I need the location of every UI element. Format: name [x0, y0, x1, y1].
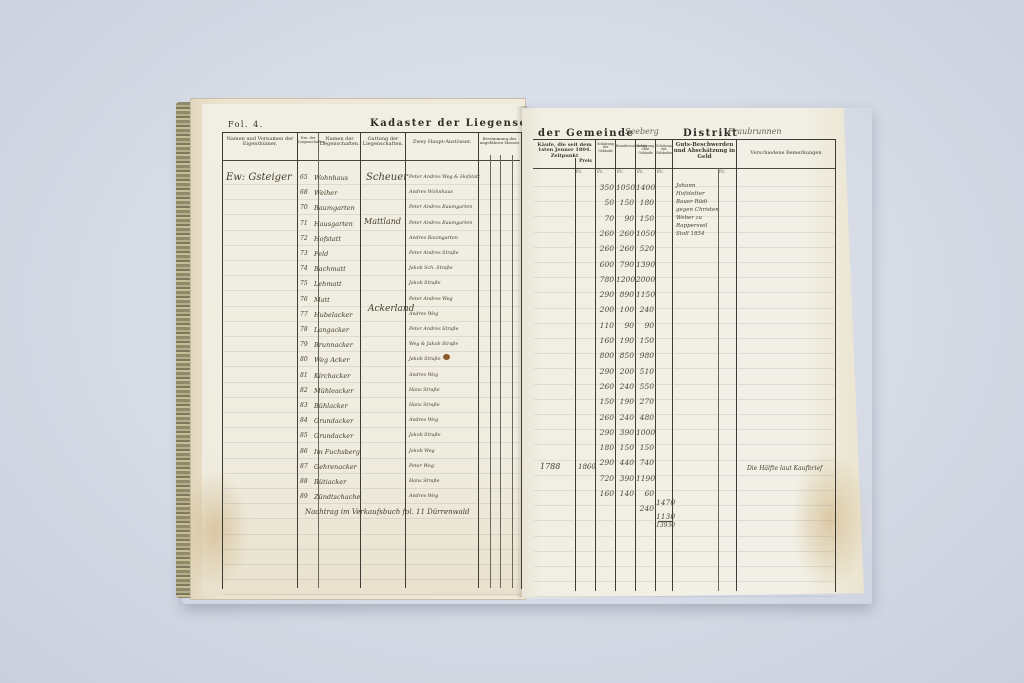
valuation-cell: 1000 [636, 428, 654, 437]
folio-label: Fol. 4. [228, 120, 264, 129]
valuation-cell: 260 [616, 244, 634, 253]
valuation-cell: 290 [596, 367, 614, 376]
parcel-name: Hubelacker [314, 311, 352, 319]
parcel-neighbors: Peter Weg [409, 464, 434, 469]
parcel-number: 87 [300, 463, 308, 470]
ruled-line [534, 232, 834, 233]
parcel-number: 68 [300, 189, 308, 196]
header-parcel-name: Namen der Liegenschaften. [319, 137, 360, 148]
valuation-cell: 790 [616, 260, 634, 269]
parcel-name: Grundacker [314, 417, 353, 425]
parcel-neighbors: Peter Andres Straße [409, 327, 459, 332]
valuation-cell: 260 [596, 244, 614, 253]
parcel-neighbors: Hans Straße [409, 479, 440, 484]
ruled-line [534, 338, 834, 339]
header-parcel-type: Gattung der Liegenschaften. [361, 137, 405, 148]
valuation-cell: 1050 [616, 183, 634, 192]
valuation-cell: 1150 [636, 290, 654, 299]
valuation-cell: 160 [596, 489, 614, 498]
valuation-cell: 800 [596, 351, 614, 360]
parcel-name: Feld [314, 250, 328, 258]
parcel-number: 74 [300, 265, 308, 272]
ruled-line [223, 458, 520, 459]
valuation-cell: 70 [596, 214, 614, 223]
valuation-cell: 1400 [636, 183, 654, 192]
header-measure: Bestimmung des ungefähren Masses [479, 137, 520, 145]
parcel-number: 88 [300, 478, 308, 485]
parcel-name: Bühlacker [314, 402, 348, 410]
parcel-name: Hofstatt [314, 235, 341, 243]
valuation-cell: 60 [636, 489, 654, 498]
valuation-cell: 550 [636, 382, 654, 391]
header-nr: Nro. der Liegenschaften. [298, 137, 318, 144]
valuation-cell: 350 [596, 183, 614, 192]
valuation-cell: 160 [596, 336, 614, 345]
ruled-line [223, 290, 520, 291]
ruled-line [223, 579, 520, 580]
ruled-line [223, 336, 520, 337]
col-divider [360, 133, 361, 588]
ruled-line [223, 518, 520, 519]
gemeinde-value: Seeberg [625, 127, 659, 136]
valuation-cell: 510 [636, 367, 654, 376]
parcel-name: Grundacker [314, 432, 353, 440]
ruled-line [534, 262, 834, 263]
valuation-cell: 150 [636, 336, 654, 345]
valuation-cell: 260 [616, 229, 634, 238]
valuation-cell: 260 [596, 382, 614, 391]
parcel-neighbors: Jakob Straße [409, 433, 441, 438]
ruled-line [223, 473, 520, 474]
parcel-number: 83 [300, 402, 308, 409]
valuation-cell: 100 [616, 305, 634, 314]
ruled-line [223, 230, 520, 231]
parcel-name: Baumgarten [314, 204, 355, 212]
col-divider [736, 140, 737, 591]
header-value-with: Schätzung mit Gebäuden [656, 145, 672, 155]
parcel-number: 77 [300, 311, 308, 318]
valuation-cell: 200 [596, 305, 614, 314]
footnote: Nachtrag im Verkaufsbuch fol. 11 Dürrenw… [305, 508, 470, 516]
parcel-neighbors: Andres Baumgarten [409, 236, 458, 241]
ruled-line [223, 245, 520, 246]
header-divider [222, 160, 520, 161]
owner-name: Ew: Gsteiger [226, 172, 292, 183]
parcel-name: Bachmatt [314, 265, 346, 273]
valuation-cell: 1200 [616, 275, 634, 284]
valuation-cell: 390 [616, 474, 634, 483]
parcel-neighbors: Peter Andres Weg & Hofstatt [409, 175, 480, 180]
col-divider [297, 133, 298, 588]
col-divider [595, 140, 596, 591]
ruled-line [534, 596, 834, 597]
district-value: Fraubrunnen [728, 127, 782, 136]
ruled-line [534, 551, 834, 552]
col-divider [405, 133, 406, 588]
ruled-line [223, 503, 520, 504]
side-note: Johann Hofstetter Bauer Rüdi gegen Chris… [676, 182, 720, 238]
col-divider [500, 155, 501, 588]
valuation-cell: 720 [596, 474, 614, 483]
valuation-cell: 980 [636, 351, 654, 360]
valuation-cell: 110 [596, 321, 614, 330]
valuation-cell: 150 [636, 443, 654, 452]
ruled-line [223, 488, 520, 489]
parcel-name: Lehmatt [314, 280, 342, 288]
ruled-line [534, 444, 834, 445]
valuation-cell: 240 [636, 504, 654, 513]
parcel-number: 81 [300, 372, 308, 379]
ruled-line [534, 520, 834, 521]
header-building-value: Schätzung der Gebäude [596, 143, 615, 153]
valuation-cell: 890 [616, 290, 634, 299]
valuation-cell: 440 [616, 458, 634, 467]
parcel-number: 84 [300, 417, 308, 424]
ruled-line [534, 581, 834, 582]
ruled-line [223, 306, 520, 307]
parcel-name: Wohnhaus [314, 174, 348, 182]
franc-unit-label: Fr. [617, 170, 623, 175]
valuation-cell: 190 [616, 336, 634, 345]
valuation-cell: 290 [596, 428, 614, 437]
header-owner: Namen und Vornamen der Eigenthümer. [223, 137, 297, 148]
total-3: 13930 [656, 522, 672, 529]
parcel-number: 80 [300, 356, 308, 363]
parcel-number: 89 [300, 493, 308, 500]
franc-unit-label: Fr. [576, 170, 582, 175]
ruled-line [223, 366, 520, 367]
parcel-neighbors: Hans Straße [409, 403, 440, 408]
parcel-name: Hausgarten [314, 220, 353, 228]
parcel-number: 76 [300, 296, 308, 303]
valuation-cell: 240 [616, 382, 634, 391]
ruled-line [223, 594, 520, 595]
valuation-cell: 1390 [636, 260, 654, 269]
valuation-cell: 240 [636, 305, 654, 314]
valuation-cell: 240 [616, 413, 634, 422]
parcel-name: Matt [314, 296, 330, 304]
col-divider [512, 155, 513, 588]
ruled-line [534, 384, 834, 385]
ruled-line [223, 412, 520, 413]
header-price: Preis [576, 160, 595, 165]
parcel-neighbors: Weg & Jakob Straße [409, 342, 458, 347]
ruled-line [534, 414, 834, 415]
parcel-neighbors: Andres Weg [409, 494, 438, 499]
parcel-neighbors: Andres Weg [409, 418, 438, 423]
franc-unit-label: Fr. [719, 170, 725, 175]
parcel-neighbors: Peter Andres Baumgarten [409, 205, 472, 210]
ink-spot [443, 354, 450, 360]
ruled-line [223, 351, 520, 352]
franc-unit-label: Fr. [657, 170, 663, 175]
remark: Die Hälfte laut Kaufbrief [747, 465, 822, 472]
valuation-cell: 200 [616, 367, 634, 376]
ruled-line [534, 399, 834, 400]
valuation-cell: 290 [596, 458, 614, 467]
valuation-cell: 90 [616, 214, 634, 223]
parcel-name: Mühleacker [314, 387, 353, 395]
header-divider [533, 168, 835, 169]
header-remarks: Verschiedene Bemerkungen [737, 151, 835, 156]
parcel-name: Rütiacker [314, 478, 346, 486]
parcel-name: Weiher [314, 189, 337, 197]
header-purchases: Käufe, die seit dem 1sten Jenner 1804. Z… [534, 143, 595, 159]
parcel-type-2: Mattland [364, 217, 401, 226]
franc-unit-label: Fr. [597, 170, 603, 175]
valuation-cell: 180 [596, 443, 614, 452]
valuation-cell: 780 [596, 275, 614, 284]
valuation-cell: 180 [636, 198, 654, 207]
parcel-number: 75 [300, 280, 308, 287]
col-divider [635, 140, 636, 591]
left-table-frame [222, 132, 522, 589]
valuation-cell: 150 [616, 443, 634, 452]
valuation-cell: 140 [616, 489, 634, 498]
ruled-line [534, 490, 834, 491]
ruled-line [534, 429, 834, 430]
ruled-line [223, 321, 520, 322]
ruled-line [223, 564, 520, 565]
parcel-type-1: Scheuer [366, 172, 408, 183]
parcel-neighbors: Peter Andres Weg [409, 297, 453, 302]
parcel-number: 79 [300, 341, 308, 348]
parcel-number: 72 [300, 235, 308, 242]
ruled-line [534, 323, 834, 324]
valuation-cell: 150 [616, 198, 634, 207]
ruled-line [534, 460, 834, 461]
ruled-line [534, 536, 834, 537]
ruled-line [534, 201, 834, 202]
parcel-number: 82 [300, 387, 308, 394]
ruled-line [223, 214, 520, 215]
parcel-name: Im Fuchsberg [314, 448, 360, 456]
valuation-cell: 190 [616, 397, 634, 406]
gemeinde-label: der Gemeinde [538, 128, 634, 139]
ruled-line [534, 308, 834, 309]
valuation-cell: 290 [596, 290, 614, 299]
ruled-line [223, 427, 520, 428]
ruled-line [534, 186, 834, 187]
parcel-neighbors: Andres Weg [409, 373, 438, 378]
col-divider [490, 155, 491, 588]
header-fire-insurance: Brandversicherung [616, 145, 635, 148]
parcel-neighbors: Jakob Straße [409, 357, 441, 362]
parcel-number: 71 [300, 220, 308, 227]
valuation-cell: 270 [636, 397, 654, 406]
parcel-neighbors: Peter Andres Straße [409, 251, 459, 256]
ruled-line [223, 397, 520, 398]
open-ledger-book: Fol. 4. Kadaster der Liegenschaften Name… [0, 0, 1024, 683]
ruled-line [223, 184, 520, 185]
valuation-cell: 50 [596, 198, 614, 207]
parcel-neighbors: Andres Weg [409, 312, 438, 317]
parcel-neighbors: Jakob Sch. Straße [409, 266, 453, 271]
purchase-year: 1788 [540, 462, 560, 471]
ruled-line [223, 260, 520, 261]
parcel-name: Weg Acker [314, 356, 349, 364]
parcel-number: 78 [300, 326, 308, 333]
parcel-number: 73 [300, 250, 308, 257]
valuation-cell: 1190 [636, 474, 654, 483]
ruled-line [534, 368, 834, 369]
valuation-cell: 260 [596, 229, 614, 238]
parcel-name: Gehrenacker [314, 463, 357, 471]
franc-unit-label: Fr. [637, 170, 643, 175]
valuation-cell: 150 [636, 214, 654, 223]
valuation-cell: 1050 [636, 229, 654, 238]
ruled-line [223, 442, 520, 443]
ruled-line [223, 549, 520, 550]
valuation-cell: 600 [596, 260, 614, 269]
ruled-line [223, 275, 520, 276]
header-value-without: Schätzung ohne Gebäude [636, 145, 655, 155]
ruled-line [534, 277, 834, 278]
parcel-neighbors: Andres Wohnhaus [409, 190, 453, 195]
ruled-line [534, 505, 834, 506]
valuation-cell: 150 [596, 397, 614, 406]
ruled-line [223, 199, 520, 200]
parcel-neighbors: Peter Andres Baumgarten [409, 221, 472, 226]
ruled-line [534, 353, 834, 354]
parcel-number: 70 [300, 204, 308, 211]
parcel-neighbors: Hans Straße [409, 388, 440, 393]
valuation-cell: 90 [636, 321, 654, 330]
valuation-cell: 90 [616, 321, 634, 330]
parcel-name: Zündtschache [314, 493, 360, 501]
col-divider [478, 133, 479, 588]
valuation-cell: 740 [636, 458, 654, 467]
purchase-price: 1860 [578, 463, 596, 471]
valuation-cell: 2000 [636, 275, 654, 284]
ruled-line [534, 247, 834, 248]
valuation-cell: 260 [596, 413, 614, 422]
parcel-neighbors: Jakob Straße [409, 281, 441, 286]
valuation-cell: 850 [616, 351, 634, 360]
header-encumbrances: Guts-Beschwerden und Abschätzung in Geld [673, 143, 736, 160]
parcel-number: 86 [300, 448, 308, 455]
parcel-name: Langacker [314, 326, 349, 334]
col-divider [575, 158, 576, 591]
valuation-cell: 390 [616, 428, 634, 437]
ruled-line [534, 216, 834, 217]
ruled-line [223, 382, 520, 383]
parcel-neighbors: Jakob Weg [409, 449, 435, 454]
valuation-cell: 520 [636, 244, 654, 253]
parcel-number: 65 [300, 174, 308, 181]
valuation-cell: 480 [636, 413, 654, 422]
ruled-line [223, 534, 520, 535]
col-divider [615, 140, 616, 591]
ruled-line [534, 292, 834, 293]
ruled-line [534, 566, 834, 567]
parcel-name: Kirchacker [314, 372, 350, 380]
parcel-name: Brunnacker [314, 341, 353, 349]
header-neighbors: Zwey Haupt-Anstösser. [406, 140, 478, 145]
parcel-number: 85 [300, 432, 308, 439]
ruled-line [534, 475, 834, 476]
